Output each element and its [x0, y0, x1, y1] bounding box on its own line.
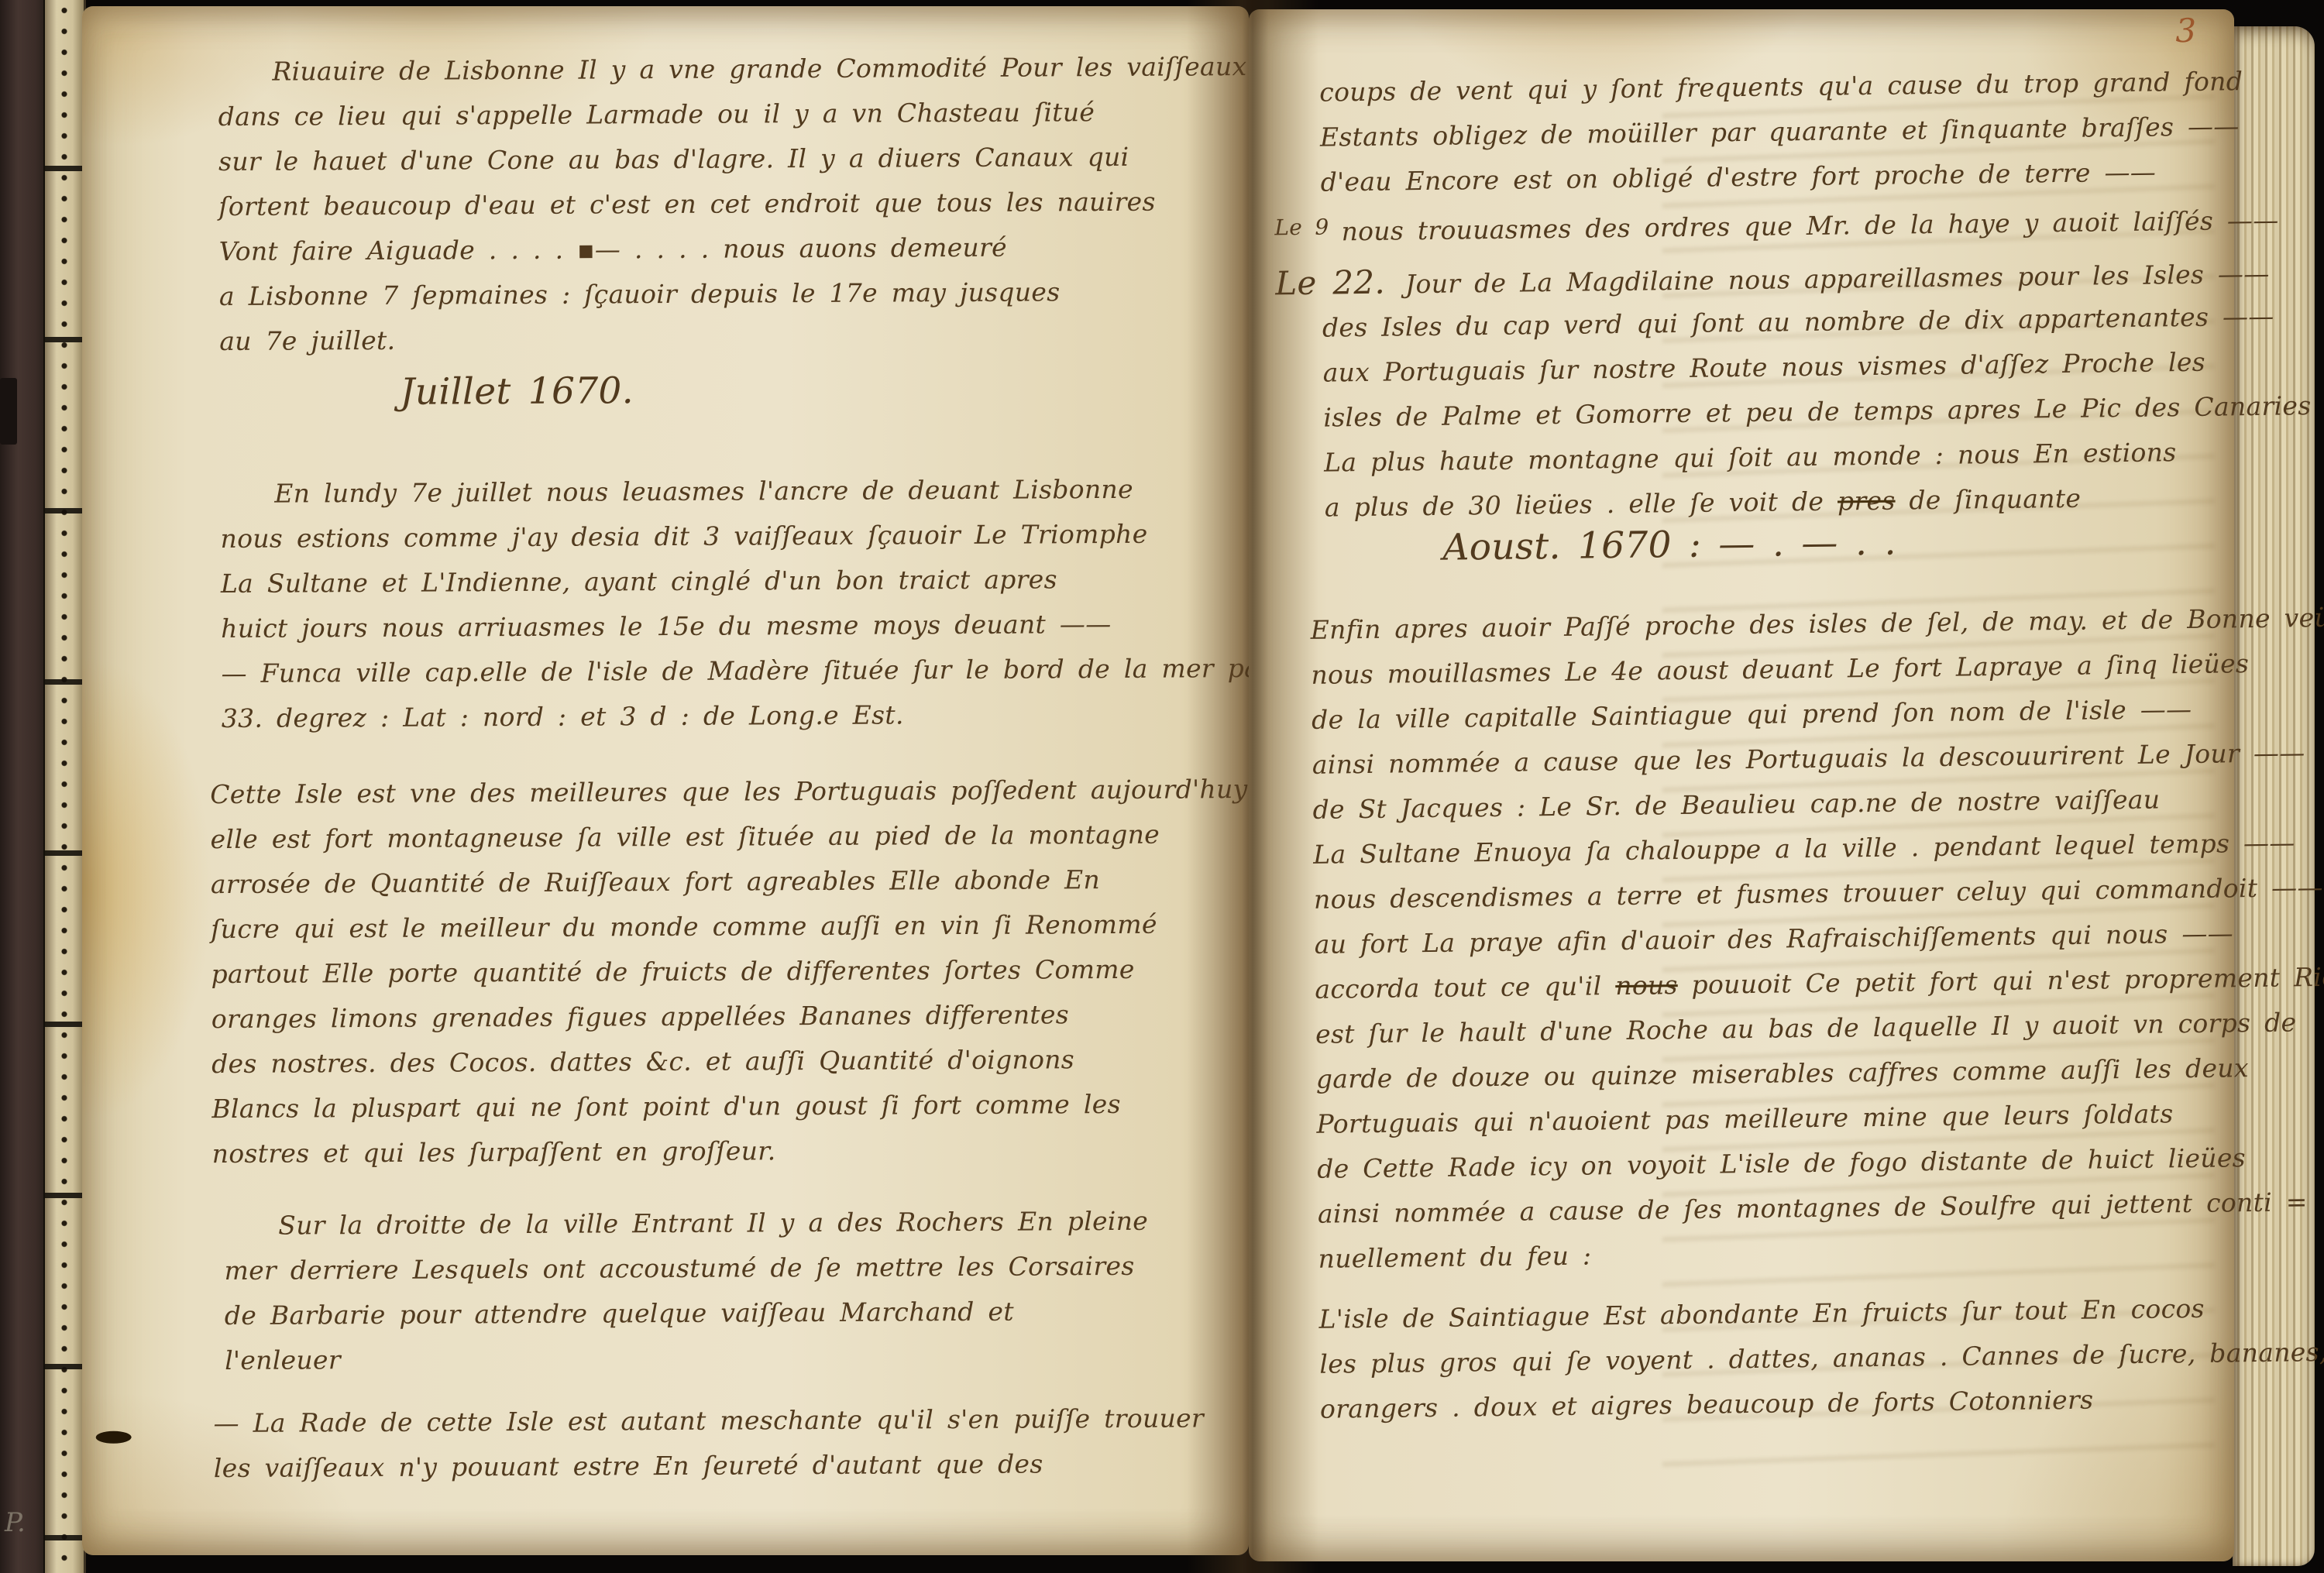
cover-shelf-mark: P.: [5, 1507, 26, 1538]
manuscript-line: nous estions comme j'ay desia dit 3 vaiſ…: [220, 511, 1271, 562]
measuring-ruler: [43, 0, 86, 1573]
manuscript-line: dans ce lieu qui s'appelle Larmade ou il…: [218, 89, 1247, 139]
manuscript-line: Vont faire Aiguade . . . . ▪— . . . . no…: [219, 224, 1248, 274]
book-cover-edge: [0, 0, 45, 1573]
manuscript-line: sur le hauet d'une Cone au bas d'lagre. …: [218, 134, 1247, 184]
paragraph-magdilaine: Le 22.Jour de La Magdilaine nous apparei…: [1322, 249, 2312, 531]
paragraph-suite-rade: coups de vent qui y ſont frequents qu'a …: [1319, 59, 2279, 250]
manuscript-line: La Sultane et L'Indienne, ayant cinglé d…: [221, 556, 1272, 606]
manuscript-line: elle est fort montagneuse ſa ville est ſ…: [210, 812, 1248, 862]
manuscript-line: de Barbarie pour attendre quelque vaiſſe…: [225, 1289, 1149, 1338]
paragraph-fort-la-praye: Enfin apres auoir Paſſé proche des isles…: [1310, 594, 2324, 1281]
manuscript-line: — La Rade de cette Isle est autant mesch…: [213, 1396, 1204, 1446]
ink-blot: [96, 1431, 132, 1444]
manuscript-line: a Lisbonne 7 ſepmaines : ſçauoir depuis …: [219, 269, 1248, 319]
manuscript-line: l'enleuer: [225, 1334, 1149, 1383]
manuscript-line: oranges limons grenades figues appellées…: [211, 991, 1250, 1042]
manuscript-line: au 7e juillet.: [219, 314, 1248, 364]
month-heading-aoust: Aoust. 1670 : — . — . .: [1442, 520, 1896, 571]
manuscript-line: Blancs la pluspart qui ne ſont point d'u…: [211, 1081, 1250, 1132]
manuscript-line: huict jours nous arriuasmes le 15e du me…: [221, 601, 1272, 651]
paragraph-lisbonne: Riuauire de Lisbonne Il y a vne grande C…: [218, 44, 1248, 364]
paragraph-isle-madere: Cette Isle est vne des meilleures que le…: [210, 767, 1250, 1176]
paragraph-rade: — La Rade de cette Isle est autant mesch…: [213, 1396, 1204, 1491]
manuscript-line: Cette Isle est vne des meilleures que le…: [210, 767, 1248, 817]
manuscript-photo: P. Riuauire de Lisbonne Il y a vne grand…: [0, 0, 2324, 1573]
ruler-label: [0, 378, 17, 445]
manuscript-line: partout Elle porte quantité de fruicts d…: [211, 946, 1249, 997]
struck-word: pres: [1838, 486, 1896, 517]
page-number: 3: [2175, 9, 2197, 53]
manuscript-line: ſucre qui est le meilleur du monde comme…: [211, 902, 1249, 952]
manuscript-line: les vaiſſeaux n'y pouuant estre En ſeure…: [214, 1441, 1205, 1491]
manuscript-line: 33. degrez : Lat : nord : et 3 d : de Lo…: [222, 691, 1273, 741]
manuscript-line: nostres et qui les ſurpaſſent en groſſeu…: [212, 1126, 1250, 1176]
right-page: coups de vent qui y ſont frequents qu'a …: [1249, 9, 2234, 1561]
manuscript-line: des nostres. des Cocos. dattes &c. et au…: [211, 1036, 1250, 1087]
manuscript-line: — Funca ville cap.elle de l'isle de Madè…: [221, 646, 1272, 696]
manuscript-line: En lundy 7e juillet nous leuasmes l'ancr…: [220, 466, 1271, 517]
manuscript-line: arrosée de Quantité de Ruiſſeaux fort ag…: [211, 857, 1249, 907]
paragraph-rochers-corsaires: Sur la droitte de la ville Entrant Il y …: [224, 1199, 1149, 1383]
date-margin-note: Le 9: [1274, 214, 1341, 240]
paragraph-isle-saintiague: L'isle de Saintiague Est abondante En fr…: [1318, 1285, 2324, 1432]
manuscript-line: ſortent beaucoup d'eau et c'est en cet e…: [218, 179, 1247, 229]
manuscript-line: Riuauire de Lisbonne Il y a vne grande C…: [218, 44, 1246, 94]
date-margin-note: Le 22.: [1275, 263, 1405, 302]
paragraph-depart-lisbonne: En lundy 7e juillet nous leuasmes l'ancr…: [220, 466, 1273, 741]
struck-word: nous: [1615, 970, 1678, 1001]
manuscript-line: Sur la droitte de la ville Entrant Il y …: [224, 1199, 1148, 1248]
month-heading-juillet: Juillet 1670.: [400, 369, 634, 415]
manuscript-line: mer derriere Lesquels ont accoustumé de …: [224, 1244, 1148, 1293]
left-page: Riuauire de Lisbonne Il y a vne grande C…: [82, 6, 1249, 1555]
